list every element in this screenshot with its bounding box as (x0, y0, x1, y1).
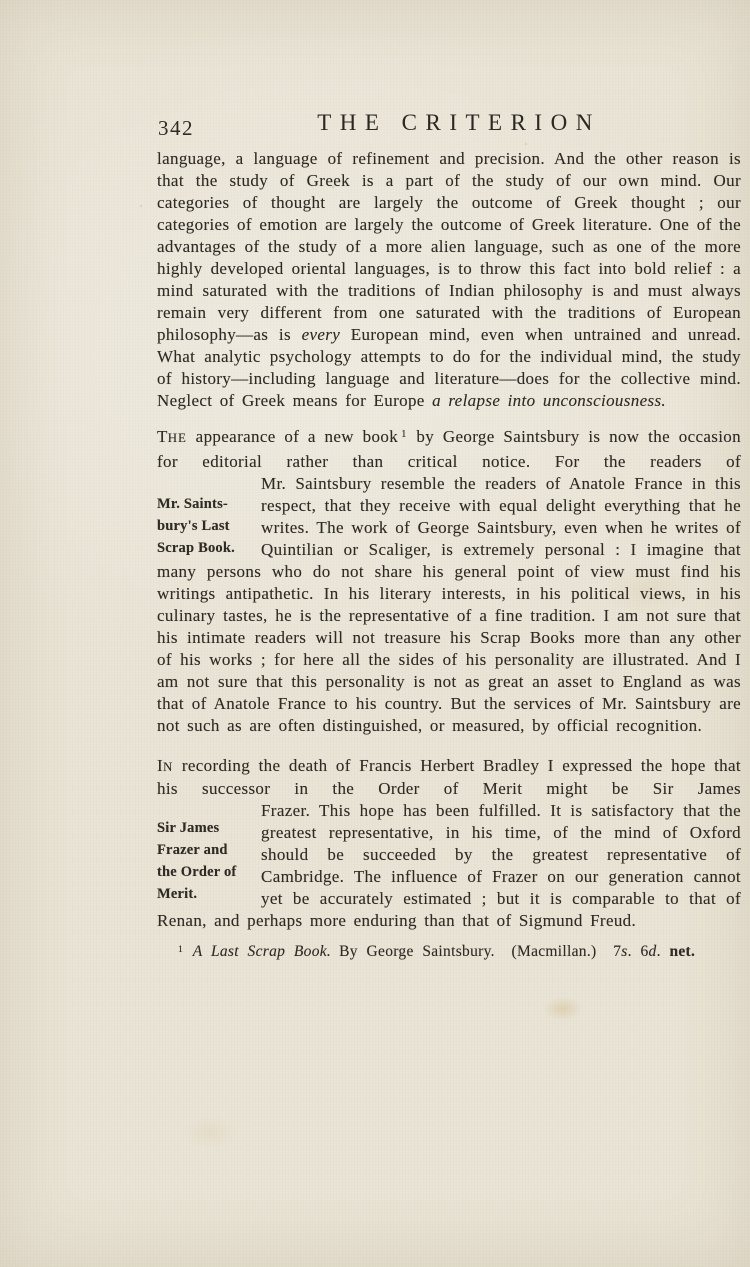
text-segment: . 6 (628, 943, 649, 960)
margin-note-frazer: Sir JamesFrazer andthe Order ofMerit. (157, 800, 261, 893)
margin-note-line: Scrap Book. (157, 537, 253, 559)
margin-note-saintsbury: Mr. Saints-bury's LastScrap Book. (157, 473, 261, 541)
text-segment: HE (168, 430, 187, 445)
text-segment: a relapse into unconsciousness. (432, 391, 666, 410)
footnote-marker: 1 (178, 944, 183, 955)
margin-note-line: Mr. Saints- (157, 493, 253, 515)
text-column: language, a language of refinement and p… (157, 148, 741, 964)
text-segment: By George Saintsbury. (Macmillan.) 7 (331, 943, 621, 960)
footnote: 1 A Last Scrap Book. By George Saintsbur… (157, 942, 741, 964)
paragraph-frazer-body: Sir JamesFrazer andthe Order ofMerit.Fra… (157, 800, 741, 932)
paragraph-saintsbury-body: Mr. Saints-bury's LastScrap Book.Mr. Sai… (157, 473, 741, 737)
book-page: 342 THE CRITERION language, a language o… (0, 0, 750, 1267)
text-segment: T (157, 427, 168, 446)
text-segment: . (657, 943, 670, 960)
margin-note-line: Merit. (157, 883, 253, 905)
text-segment: language, a language of refinement and p… (157, 149, 741, 344)
paragraph-frazer-merit: IN recording the death of Francis Herber… (157, 755, 741, 932)
text-segment: net. (669, 943, 695, 960)
margin-note-line: bury's Last (157, 515, 253, 537)
text-segment: appearance of a new book (187, 427, 398, 446)
text-segment: d (649, 943, 657, 960)
text-segment: recording the death of Francis Herbert B… (157, 756, 741, 798)
paragraph-frazer-opening: IN recording the death of Francis Herber… (157, 755, 741, 800)
margin-note-line: Frazer and (157, 839, 253, 861)
paragraph-saintsbury-scrap-book: THE appearance of a new book1 by George … (157, 426, 741, 737)
paragraph-greek-study: language, a language of refinement and p… (157, 148, 741, 412)
margin-note-line: Sir James (157, 817, 253, 839)
page-number: 342 (158, 116, 194, 141)
text-segment: A Last Scrap Book. (193, 943, 331, 960)
journal-title: THE CRITERION (157, 110, 741, 136)
footnote-marker: 1 (401, 429, 407, 440)
margin-note-line: the Order of (157, 861, 253, 883)
paragraph-saintsbury-opening: THE appearance of a new book1 by George … (157, 426, 741, 473)
text-segment (184, 943, 193, 960)
text-segment: every (302, 325, 341, 344)
text-segment: N (163, 759, 173, 774)
running-head: 342 THE CRITERION (157, 110, 741, 144)
